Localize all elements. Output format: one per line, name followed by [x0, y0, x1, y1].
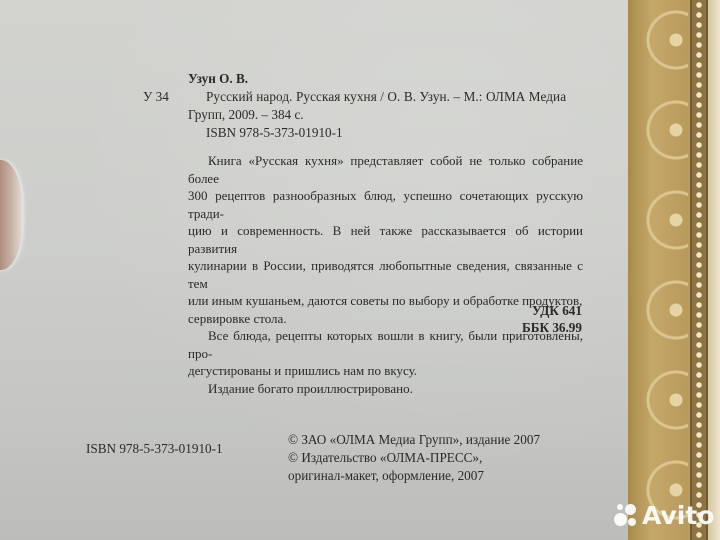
- avito-dots-icon: [614, 503, 638, 527]
- cream-edge: [708, 0, 720, 540]
- avito-brand-text: Avito: [642, 501, 714, 530]
- copyright-line: © Издательство «ОЛМА-ПРЕСС»,: [288, 449, 482, 467]
- avito-watermark: Avito: [614, 500, 714, 530]
- udk-code: УДК 641: [524, 302, 582, 320]
- description-line: 300 рецептов разнообразных блюд, успешно…: [188, 187, 583, 222]
- copyright-line: © ЗАО «ОЛМА Медиа Групп», издание 2007: [288, 431, 540, 449]
- ornamental-border: [628, 0, 720, 540]
- bead-molding: [690, 0, 708, 540]
- bbk-code: ББК 36.99: [514, 319, 582, 337]
- floral-ornament-band: [628, 0, 688, 540]
- copyright-line: оригинал-макет, оформление, 2007: [288, 467, 484, 485]
- description-line: Книга «Русская кухня» представляет собой…: [188, 152, 583, 187]
- catalog-code: У 34: [143, 88, 169, 106]
- isbn-bottom: ISBN 978-5-373-01910-1: [86, 440, 223, 458]
- description: Книга «Русская кухня» представляет собой…: [188, 152, 583, 397]
- bibliographic-line-1: Русский народ. Русская кухня / О. В. Узу…: [206, 88, 566, 106]
- description-line: цию и современность. В ней также рассказ…: [188, 222, 583, 257]
- description-line: Издание богато проиллюстрировано.: [188, 380, 583, 398]
- description-line: дегустированы и пришлись нам по вкусу.: [188, 362, 583, 380]
- isbn-top: ISBN 978-5-373-01910-1: [206, 124, 343, 142]
- description-line: кулинарии в России, приводятся любопытны…: [188, 257, 583, 292]
- author-heading: Узун О. В.: [188, 70, 248, 88]
- bibliographic-line-2: Групп, 2009. – 384 с.: [188, 106, 304, 124]
